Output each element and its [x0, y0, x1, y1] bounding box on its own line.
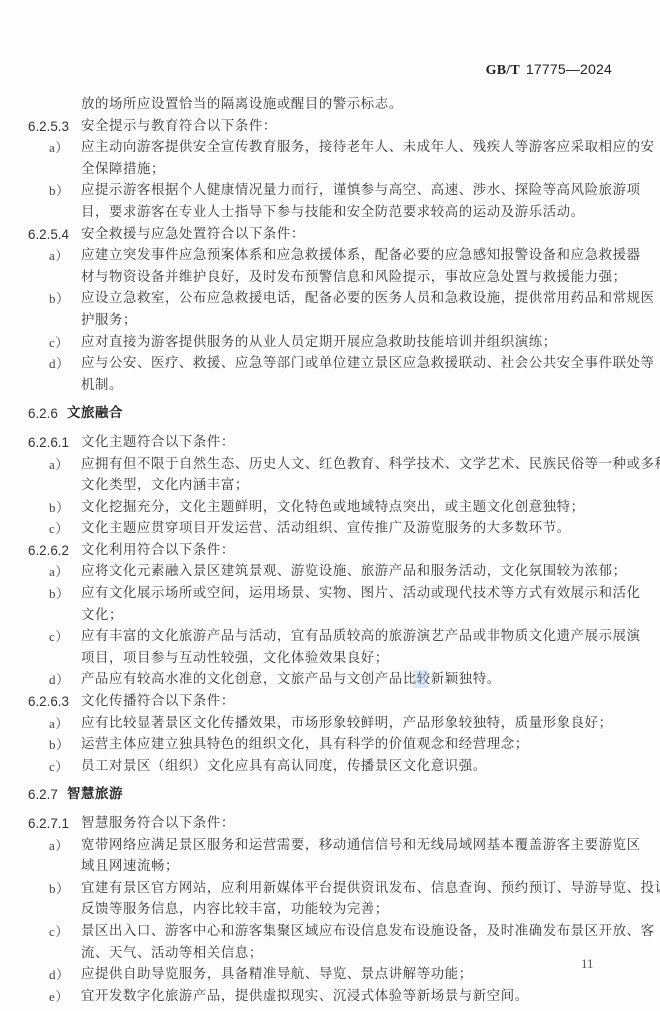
list-item-line: b）文化挖掘充分，文化主题鲜明，文化特色或地域特点突出，或主题文化创意独特； — [0, 497, 660, 519]
list-item-text: 宜开发数字化旅游产品，提供虚拟现实、沉浸式体验等新场景与新空间。 — [81, 986, 529, 1008]
document-body: 放的场所应设置恰当的隔离设施或醒目的警示标志。6.2.5.3安全提示与教育符合以… — [0, 94, 660, 1007]
list-item-label: a） — [49, 561, 69, 583]
list-item-line: c）景区出入口、游客中心和游客集聚区域应布设信息发布设施设备，及时准确发布景区开… — [0, 921, 660, 943]
list-item-label: a） — [49, 713, 69, 735]
list-item-line: 域且网速流畅； — [0, 856, 660, 878]
clause-title: 文化传播符合以下条件： — [81, 691, 235, 713]
list-item-line: b）运营主体应建立独具特色的组织文化，具有科学的价值观念和经营理念； — [0, 734, 660, 756]
list-item-text: 应对直接为游客提供服务的从业人员定期开展应急救助技能培训并组织演练； — [81, 332, 557, 354]
list-item-text: 员工对景区（组织）文化应具有高认同度，传播景区文化意识强。 — [81, 756, 487, 778]
list-item-line: d）应提供自助导览服务，具备精准导航、导览、景点讲解等功能； — [0, 964, 660, 986]
list-item-text: 护服务； — [81, 310, 137, 332]
list-item-label: c） — [49, 626, 69, 648]
clause-line: 6.2.6.3文化传播符合以下条件： — [0, 691, 660, 713]
clause-number: 6.2.6.2 — [28, 540, 69, 562]
list-item-text: 应有比较显著景区文化传播效果，市场形象较鲜明，产品形象较独特，质量形象良好； — [81, 713, 613, 735]
list-item-line: b）应有文化展示场所或空间，运用场景、实物、图片、活动或现代技术等方式有效展示和… — [0, 583, 660, 605]
list-item-text: 文化； — [81, 605, 123, 627]
continuation-line: 放的场所应设置恰当的隔离设施或醒目的警示标志。 — [0, 94, 660, 116]
list-item-text: 文化主题应贯穿项目开发运营、活动组织、宣传推广及游览服务的大多数环节。 — [81, 518, 571, 540]
list-item-line: d）产品应有较高水准的文化创意，文旅产品与文创产品比较新颖独特。 — [0, 669, 660, 691]
list-item-text: 运营主体应建立独具特色的组织文化，具有科学的价值观念和经营理念； — [81, 734, 529, 756]
list-item-text: 宽带网络应满足景区服务和运营需要，移动通信信号和无线局域网基本覆盖游客主要游览区 — [81, 835, 641, 857]
section-number: 6.2.6 — [28, 403, 58, 425]
list-item-label: a） — [49, 245, 69, 267]
clause-title: 智慧服务符合以下条件： — [81, 813, 235, 835]
list-item-label: e） — [49, 986, 69, 1008]
list-item-text: 全保障措施； — [81, 159, 165, 181]
list-item-line: 全保障措施； — [0, 159, 660, 181]
list-item-text: 文化挖掘充分，文化主题鲜明，文化特色或地域特点突出，或主题文化创意独特； — [81, 497, 585, 519]
list-item-text: 域且网速流畅； — [81, 856, 179, 878]
list-item-text: 应主动向游客提供安全宣传教育服务，接待老年人、未成年人、残疾人等游客应采取相应的… — [81, 137, 655, 159]
list-item-text: 机制。 — [81, 375, 123, 397]
list-item-label: a） — [49, 137, 69, 159]
list-item-text: 应设立急救室，公布应急救援电话，配备必要的医务人员和急救设施，提供常用药品和常规… — [81, 288, 655, 310]
list-item-text: 反馈等服务信息，内容比较丰富，功能较为完善； — [81, 899, 389, 921]
list-item-line: c）应有丰富的文化旅游产品与活动，宜有品质较高的旅游演艺产品或非物质文化遗产展示… — [0, 626, 660, 648]
list-item-label: c） — [49, 756, 69, 778]
section-number: 6.2.7 — [28, 784, 58, 806]
list-item-label: b） — [49, 180, 70, 202]
list-item-line: 项目，项目参与互动性较强，文化体验效果良好； — [0, 648, 660, 670]
clause-line: 6.2.5.4安全救援与应急处置符合以下条件： — [0, 224, 660, 246]
list-item-text: 流、天气、活动等相关信息； — [81, 943, 263, 965]
standard-number: 17775—2024 — [526, 61, 612, 77]
list-item-label: b） — [49, 583, 70, 605]
list-item-line: 反馈等服务信息，内容比较丰富，功能较为完善； — [0, 899, 660, 921]
list-item-line: 文化； — [0, 605, 660, 627]
list-item-text: 应提示游客根据个人健康情况量力而行，谨慎参与高空、高速、涉水、探险等高风险旅游项 — [81, 180, 641, 202]
list-item-line: c）文化主题应贯穿项目开发运营、活动组织、宣传推广及游览服务的大多数环节。 — [0, 518, 660, 540]
list-item-text: 宜建有景区官方网站，应利用新媒体平台提供资讯发布、信息查询、预约预订、导游导览、… — [81, 878, 660, 900]
list-item-line: b）应提示游客根据个人健康情况量力而行，谨慎参与高空、高速、涉水、探险等高风险旅… — [0, 180, 660, 202]
section-heading: 6.2.7智慧旅游 — [0, 784, 660, 806]
list-item-line: a）应主动向游客提供安全宣传教育服务，接待老年人、未成年人、残疾人等游客应采取相… — [0, 137, 660, 159]
clause-title: 文化主题符合以下条件： — [81, 432, 235, 454]
list-item-text: 应有文化展示场所或空间，运用场景、实物、图片、活动或现代技术等方式有效展示和活化 — [81, 583, 641, 605]
document-page: GB/T17775—2024 放的场所应设置恰当的隔离设施或醒目的警示标志。6.… — [0, 0, 660, 1011]
clause-number: 6.2.6.3 — [28, 691, 69, 713]
standard-code: GB/T — [486, 63, 520, 78]
list-item-line: 护服务； — [0, 310, 660, 332]
clause-title: 安全提示与教育符合以下条件： — [81, 116, 277, 138]
clause-line: 6.2.6.2文化利用符合以下条件： — [0, 540, 660, 562]
clause-number: 6.2.5.3 — [28, 116, 69, 138]
list-item-line: 机制。 — [0, 375, 660, 397]
list-item-text: 文化类型，文化内涵丰富； — [81, 475, 249, 497]
list-item-text: 景区出入口、游客中心和游客集聚区域应布设信息发布设施设备，及时准确发布景区开放、… — [81, 921, 655, 943]
clause-number: 6.2.6.1 — [28, 432, 69, 454]
clause-line: 6.2.6.1文化主题符合以下条件： — [0, 432, 660, 454]
list-item-label: d） — [49, 353, 70, 375]
section-title: 文旅融合 — [67, 403, 123, 425]
clause-number: 6.2.7.1 — [28, 813, 69, 835]
clause-title: 安全救援与应急处置符合以下条件： — [81, 224, 305, 246]
list-item-text: 应拥有但不限于自然生态、历史人文、红色教育、科学技术、文学艺术、民族民俗等一种或… — [81, 454, 660, 476]
clause-title: 文化利用符合以下条件： — [81, 540, 235, 562]
list-item-line: 流、天气、活动等相关信息； — [0, 943, 660, 965]
list-item-text: 应与公安、医疗、救援、应急等部门或单位建立景区应急救援联动、社会公共安全事件联处… — [81, 353, 655, 375]
list-item-line: a）应建立突发事件应急预案体系和应急救援体系，配备必要的应急感知报警设备和应急救… — [0, 245, 660, 267]
list-item-label: a） — [49, 454, 69, 476]
clause-line: 6.2.5.3安全提示与教育符合以下条件： — [0, 116, 660, 138]
standard-header: GB/T17775—2024 — [486, 61, 612, 79]
selection-highlight — [413, 670, 428, 688]
list-item-text: 产品应有较高水准的文化创意，文旅产品与文创产品比较新颖独特。 — [81, 669, 501, 691]
list-item-text: 项目，项目参与互动性较强，文化体验效果良好； — [81, 648, 389, 670]
list-item-label: d） — [49, 964, 70, 986]
list-item-text: 应建立突发事件应急预案体系和应急救援体系，配备必要的应急感知报警设备和应急救援器 — [81, 245, 641, 267]
list-item-text: 材与物资设备并维护良好，及时发布预警信息和风险提示，事故应急处置与救援能力强； — [81, 267, 627, 289]
page-number: 11 — [581, 956, 594, 972]
list-item-text: 目，要求游客在专业人士指导下参与技能和安全防范要求较高的运动及游乐活动。 — [81, 202, 585, 224]
list-item-label: c） — [49, 332, 69, 354]
list-item-label: b） — [49, 497, 70, 519]
list-item-line: b）应设立急救室，公布应急救援电话，配备必要的医务人员和急救设施，提供常用药品和… — [0, 288, 660, 310]
list-item-line: c）应对直接为游客提供服务的从业人员定期开展应急救助技能培训并组织演练； — [0, 332, 660, 354]
list-item-text: 应有丰富的文化旅游产品与活动，宜有品质较高的旅游演艺产品或非物质文化遗产展示展演 — [81, 626, 641, 648]
list-item-line: c）员工对景区（组织）文化应具有高认同度，传播景区文化意识强。 — [0, 756, 660, 778]
list-item-label: d） — [49, 669, 70, 691]
list-item-label: c） — [49, 518, 69, 540]
clause-line: 6.2.7.1智慧服务符合以下条件： — [0, 813, 660, 835]
clause-number: 6.2.5.4 — [28, 224, 69, 246]
list-item-line: 目，要求游客在专业人士指导下参与技能和安全防范要求较高的运动及游乐活动。 — [0, 202, 660, 224]
list-item-label: b） — [49, 288, 70, 310]
list-item-label: b） — [49, 734, 70, 756]
list-item-line: e）宜开发数字化旅游产品，提供虚拟现实、沉浸式体验等新场景与新空间。 — [0, 986, 660, 1008]
list-item-label: c） — [49, 921, 69, 943]
list-item-line: 材与物资设备并维护良好，及时发布预警信息和风险提示，事故应急处置与救援能力强； — [0, 267, 660, 289]
list-item-label: b） — [49, 878, 70, 900]
list-item-line: b）宜建有景区官方网站，应利用新媒体平台提供资讯发布、信息查询、预约预订、导游导… — [0, 878, 660, 900]
list-item-line: a）应有比较显著景区文化传播效果，市场形象较鲜明，产品形象较独特，质量形象良好； — [0, 713, 660, 735]
list-item-label: a） — [49, 835, 69, 857]
list-item-line: a）宽带网络应满足景区服务和运营需要，移动通信信号和无线局域网基本覆盖游客主要游… — [0, 835, 660, 857]
list-item-text: 应提供自助导览服务，具备精准导航、导览、景点讲解等功能； — [81, 964, 473, 986]
list-item-line: 文化类型，文化内涵丰富； — [0, 475, 660, 497]
section-heading: 6.2.6文旅融合 — [0, 403, 660, 425]
list-item-line: a）应拥有但不限于自然生态、历史人文、红色教育、科学技术、文学艺术、民族民俗等一… — [0, 454, 660, 476]
paragraph-text: 放的场所应设置恰当的隔离设施或醒目的警示标志。 — [81, 94, 403, 116]
list-item-line: a）应将文化元素融入景区建筑景观、游览设施、旅游产品和服务活动，文化氛围较为浓郁… — [0, 561, 660, 583]
list-item-text: 应将文化元素融入景区建筑景观、游览设施、旅游产品和服务活动，文化氛围较为浓郁； — [81, 561, 627, 583]
section-title: 智慧旅游 — [67, 784, 123, 806]
list-item-line: d）应与公安、医疗、救援、应急等部门或单位建立景区应急救援联动、社会公共安全事件… — [0, 353, 660, 375]
